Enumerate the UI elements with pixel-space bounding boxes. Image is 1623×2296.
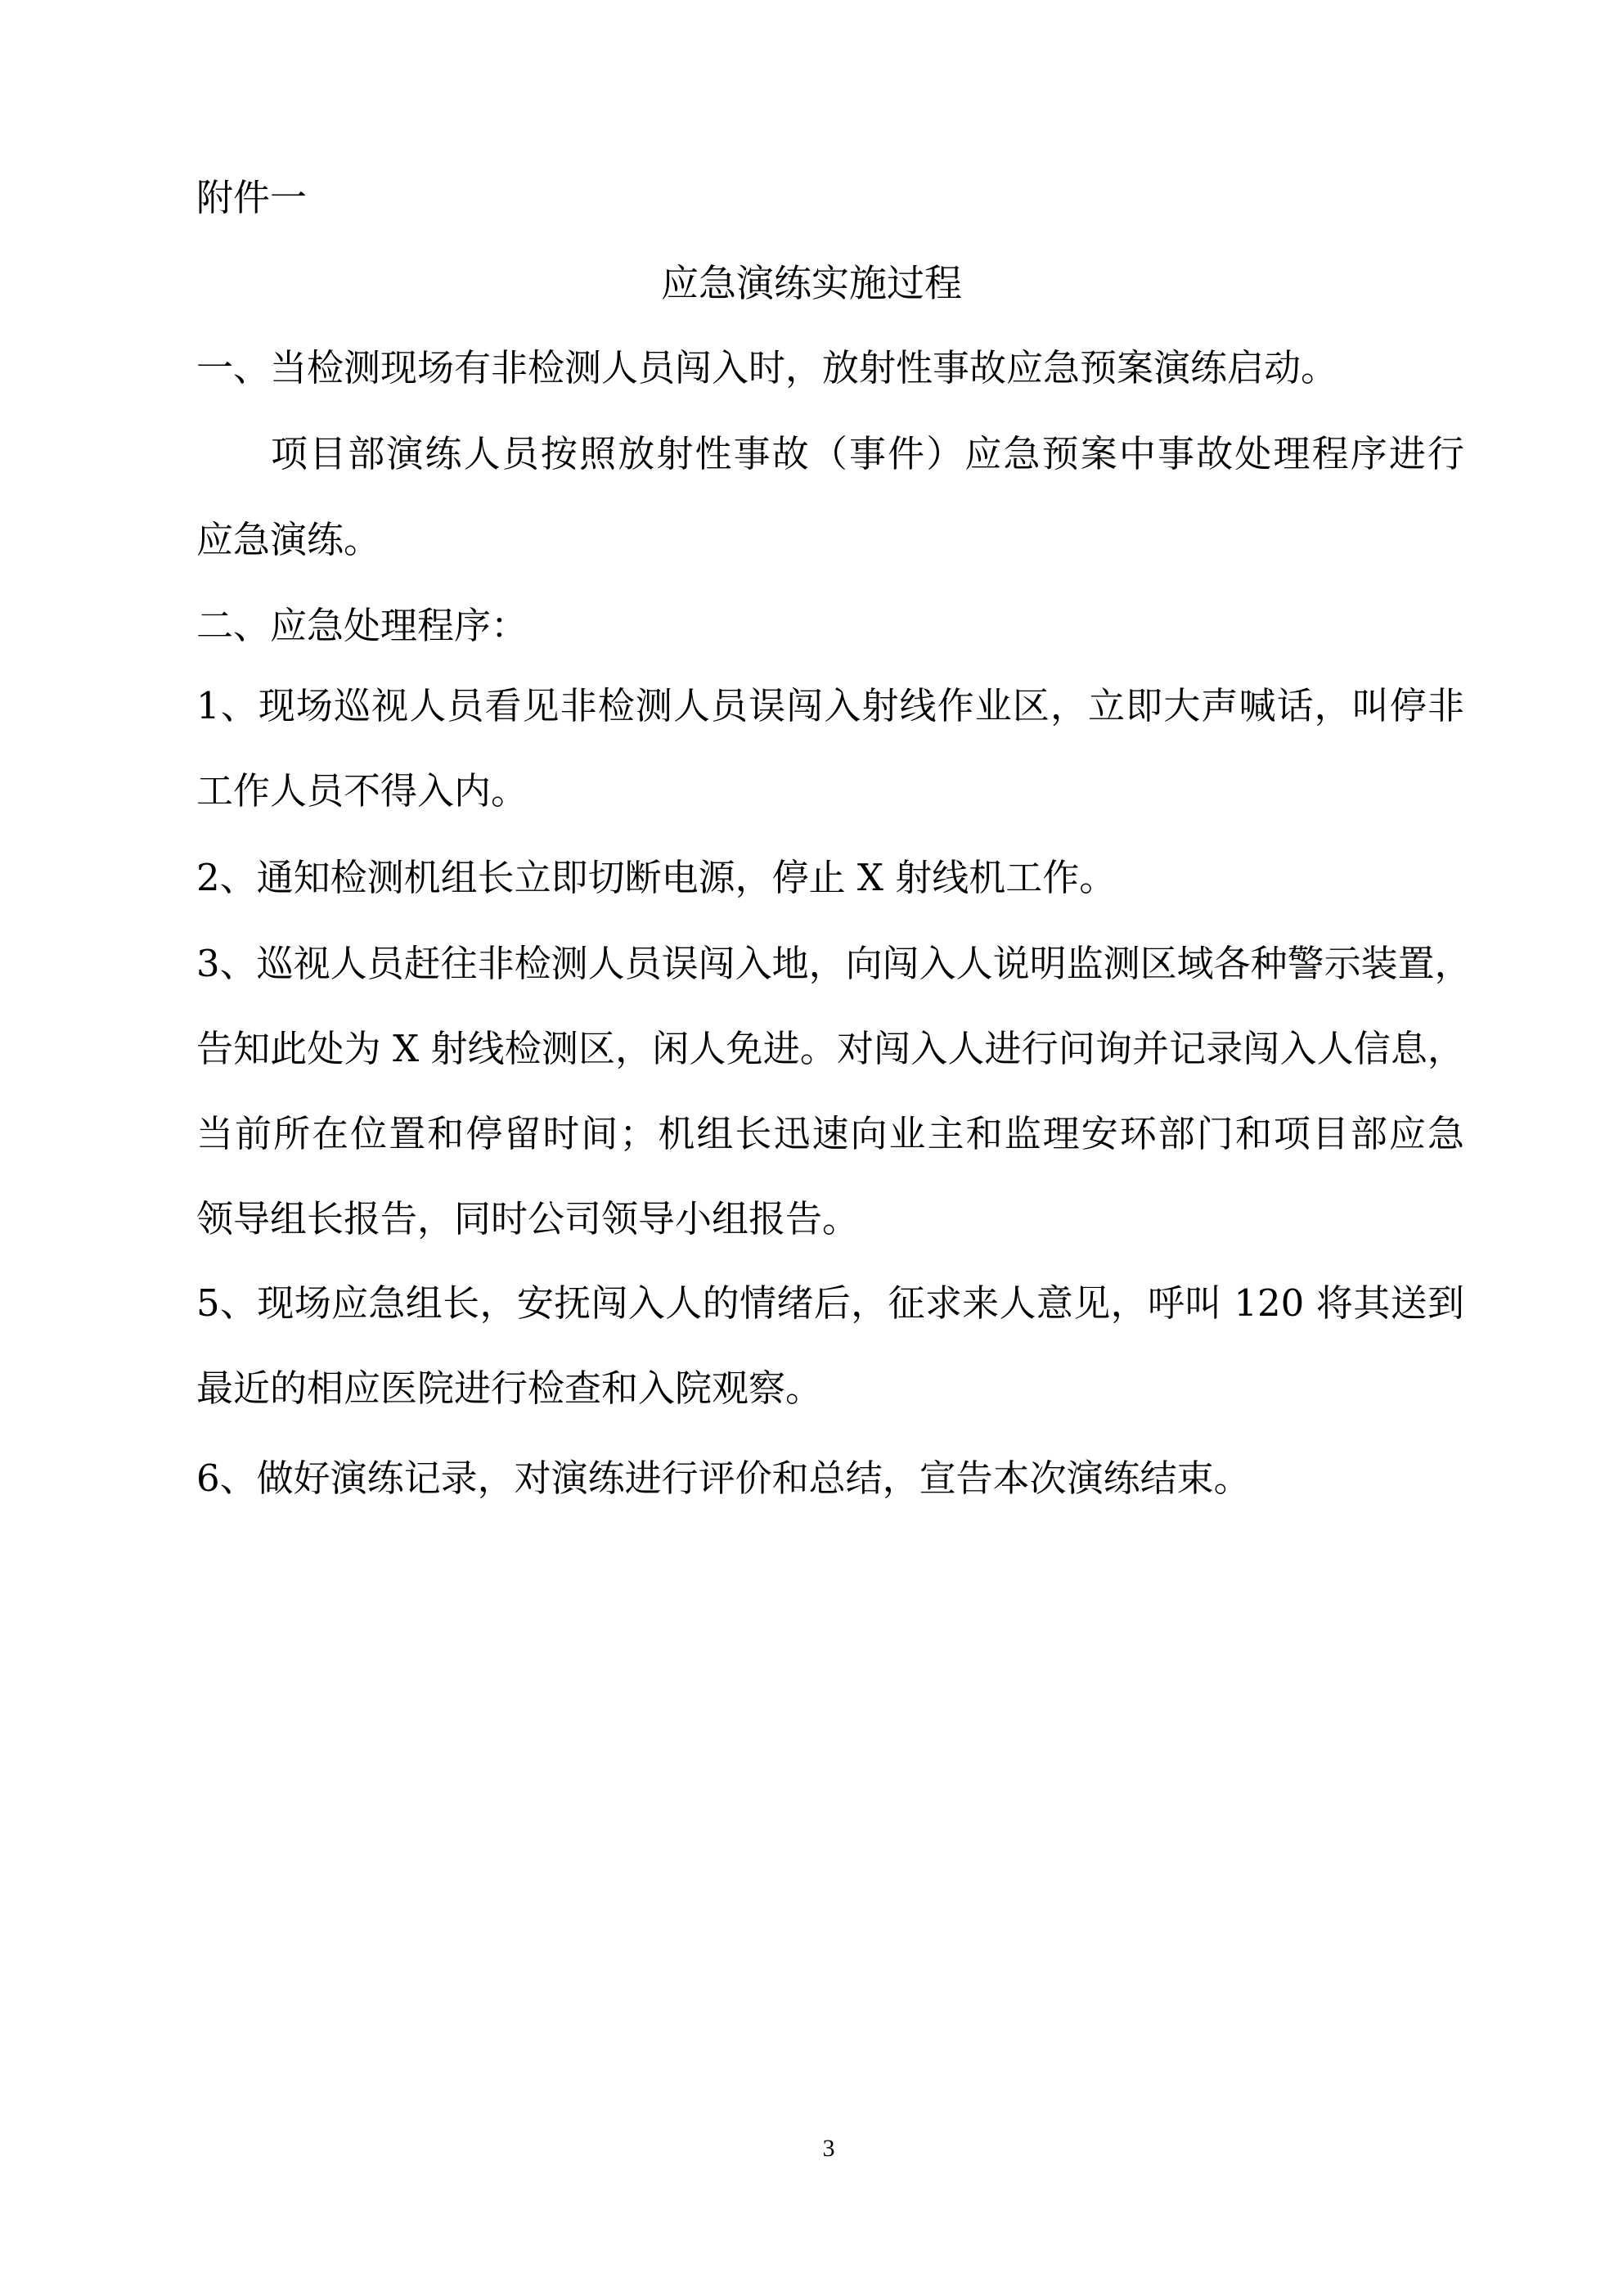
step-3-line: 领导组长报告，同时公司领导小组报告。: [196, 1195, 1472, 1244]
step-3-line: 当前所在位置和停留时间；机组长迅速向业主和监理安环部门和项目部应急: [196, 1110, 1464, 1159]
step-3-line: 3、巡视人员赶往非检测人员误闯入地，向闯入人说明监测区域各种警示装置，: [196, 939, 1464, 988]
step-6-line: 6、做好演练记录，对演练进行评价和总结，宣告本次演练结束。: [196, 1454, 1472, 1503]
step-1-line: 工作人员不得入内。: [196, 767, 1472, 816]
step-2-line: 2、通知检测机组长立即切断电源，停止 X 射线机工作。: [196, 853, 1472, 903]
step-1-line: 1、现场巡视人员看见非检测人员误闯入射线作业区，立即大声喊话，叫停非: [196, 682, 1464, 731]
step-3-line: 告知此处为 X 射线检测区，闲人免进。对闯入人进行问询并记录闯入人信息，: [196, 1024, 1464, 1074]
section-one-heading: 一、当检测现场有非检测人员闯入时，放射性事故应急预案演练启动。: [196, 344, 1472, 393]
step-5-line: 最近的相应医院进行检查和入院观察。: [196, 1364, 1472, 1413]
attachment-label: 附件一: [196, 173, 1472, 223]
document-title: 应急演练实施过程: [0, 259, 1623, 308]
page-number: 3: [0, 2132, 1623, 2165]
paragraph-line: 项目部演练人员按照放射性事故（事件）应急预案中事故处理程序进行: [271, 430, 1464, 479]
step-5-line: 5、现场应急组长，安抚闯入人的情绪后，征求来人意见，呼叫 120 将其送到: [196, 1279, 1464, 1328]
section-two-heading: 二、应急处理程序：: [196, 601, 1472, 651]
paragraph-line: 应急演练。: [196, 515, 1472, 565]
document-page: 附件一 应急演练实施过程 一、当检测现场有非检测人员闯入时，放射性事故应急预案演…: [0, 0, 1623, 2296]
